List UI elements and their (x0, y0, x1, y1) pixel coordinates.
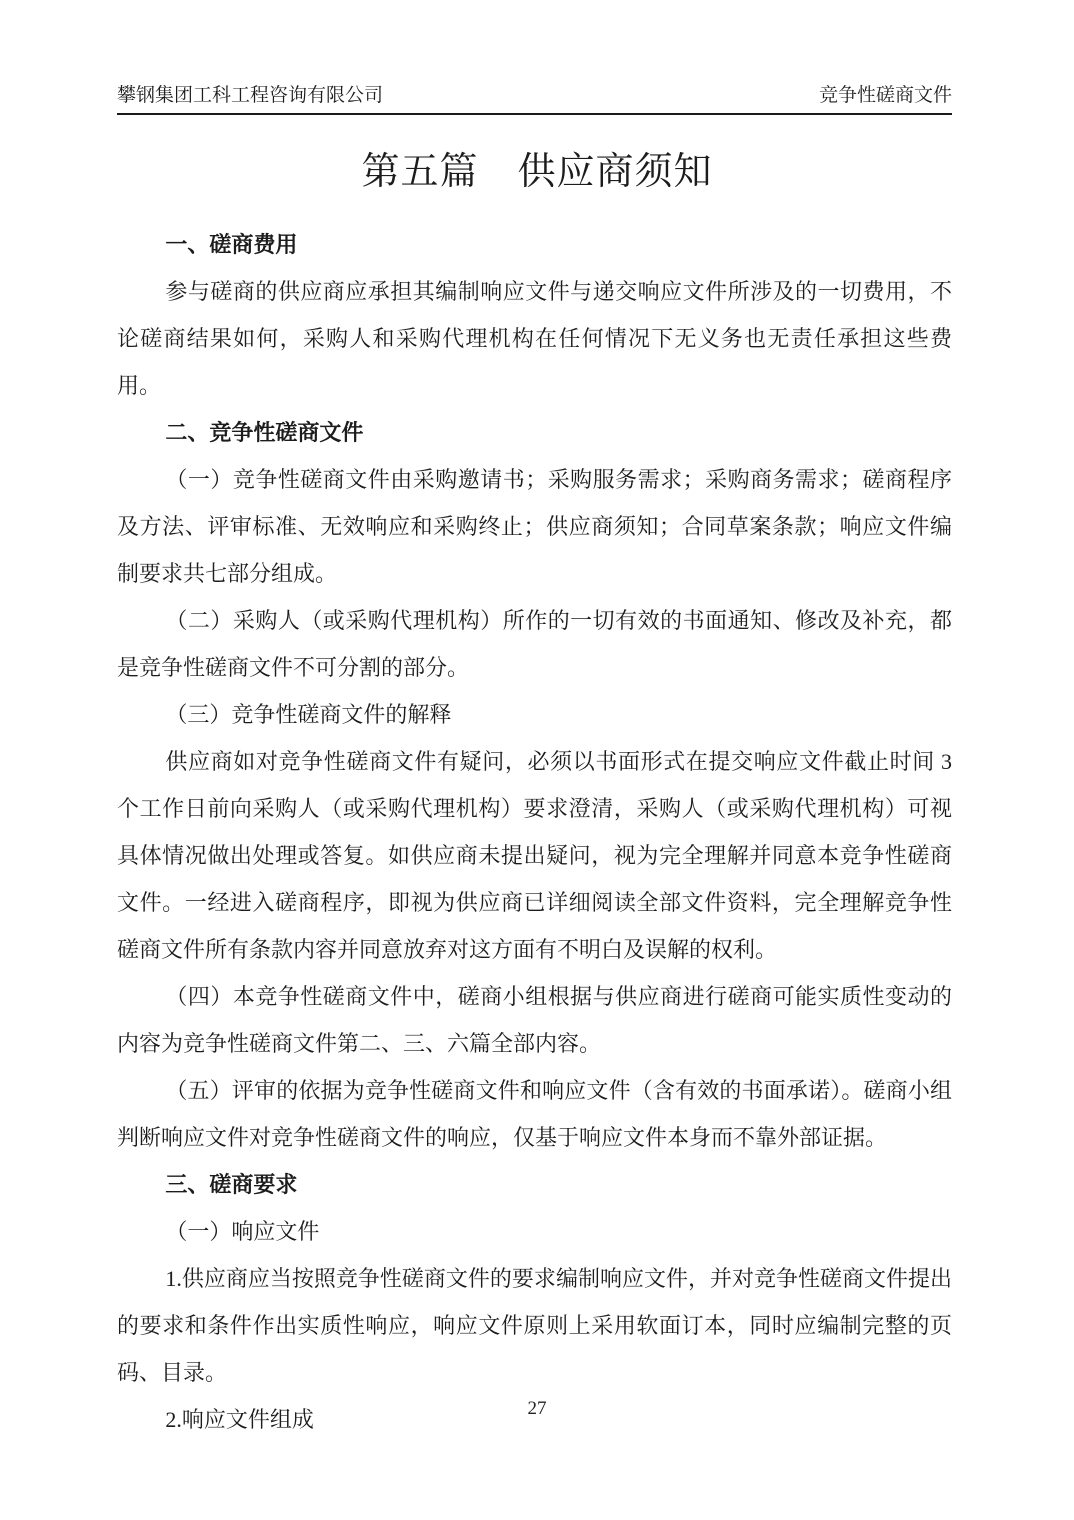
paragraph: （二）采购人（或采购代理机构）所作的一切有效的书面通知、修改及补充，都是竞争性磋… (117, 597, 952, 691)
paragraph: （三）竞争性磋商文件的解释 (117, 691, 952, 738)
page-header: 攀钢集团工科工程咨询有限公司 竞争性磋商文件 (117, 0, 952, 115)
section-heading-2: 二、竞争性磋商文件 (117, 409, 952, 456)
document-body: 一、磋商费用 参与磋商的供应商应承担其编制响应文件与递交响应文件所涉及的一切费用… (117, 221, 952, 1443)
paragraph: （四）本竞争性磋商文件中，磋商小组根据与供应商进行磋商可能实质性变动的内容为竞争… (117, 973, 952, 1067)
paragraph: （一）响应文件 (117, 1208, 952, 1255)
paragraph: 1.供应商应当按照竞争性磋商文件的要求编制响应文件，并对竞争性磋商文件提出的要求… (117, 1255, 952, 1396)
header-doc-type: 竞争性磋商文件 (819, 85, 952, 107)
section-heading-3: 三、磋商要求 (117, 1161, 952, 1208)
document-page: 攀钢集团工科工程咨询有限公司 竞争性磋商文件 第五篇 供应商须知 一、磋商费用 … (0, 0, 1074, 1520)
paragraph: （一）竞争性磋商文件由采购邀请书；采购服务需求；采购商务需求；磋商程序及方法、评… (117, 456, 952, 597)
paragraph: 供应商如对竞争性磋商文件有疑问，必须以书面形式在提交响应文件截止时间 3 个工作… (117, 738, 952, 973)
page-footer: 27 (0, 1398, 1074, 1420)
page-number: 27 (528, 1398, 547, 1419)
paragraph: （五）评审的依据为竞争性磋商文件和响应文件（含有效的书面承诺）。磋商小组判断响应… (117, 1067, 952, 1161)
page-title: 第五篇 供应商须知 (0, 149, 1074, 195)
section-heading-1: 一、磋商费用 (117, 221, 952, 268)
paragraph: 参与磋商的供应商应承担其编制响应文件与递交响应文件所涉及的一切费用，不论磋商结果… (117, 268, 952, 409)
header-company-name: 攀钢集团工科工程咨询有限公司 (117, 85, 383, 107)
